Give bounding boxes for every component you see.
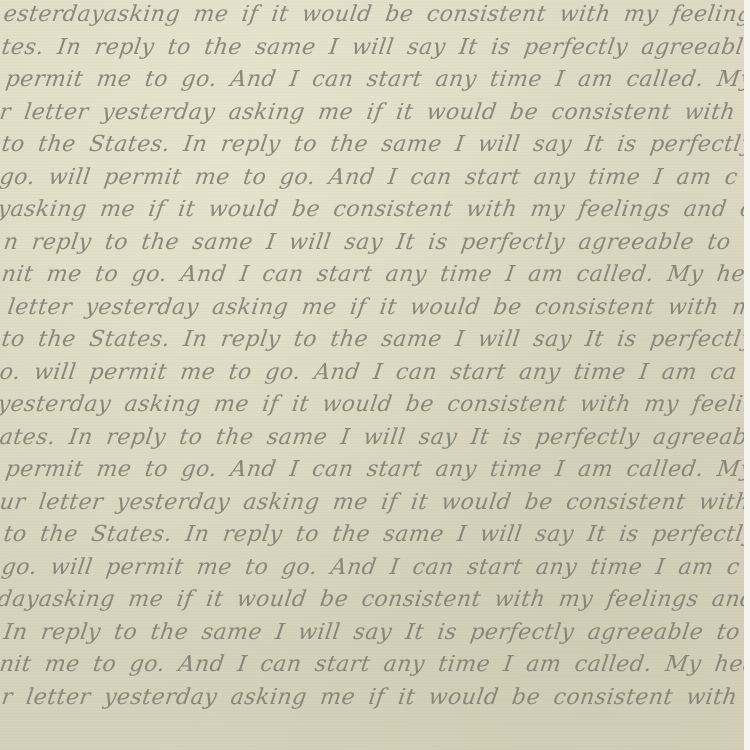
script-line: to the States. In reply to the same I wi… [2, 522, 744, 547]
script-line: to the States. In reply to the same I wi… [0, 132, 744, 157]
script-line: permit me to go. And I can start any tim… [4, 67, 744, 92]
script-line: yasking me if it would be consistent wit… [0, 197, 744, 222]
script-line: r letter yesterday asking me if it would… [0, 685, 744, 710]
script-line: nit me to go. And I can start any time I… [0, 262, 744, 287]
script-line: dayasking me if it would be consistent w… [0, 587, 744, 612]
script-line: to the States. In reply to the same I wi… [0, 327, 744, 352]
script-line: go. will permit me to go. And I can star… [0, 165, 740, 190]
script-line: yesterday asking me if it would be consi… [0, 392, 744, 417]
script-line: In reply to the same I will say It is pe… [2, 620, 744, 645]
right-edge-strip [744, 0, 750, 750]
handwriting-texture: esterdayasking me if it would be consist… [0, 0, 744, 750]
script-line: permit me to go. And I can start any tim… [4, 457, 744, 482]
script-line: ur letter yesterday asking me if it woul… [0, 490, 744, 515]
script-line: go. will permit me to go. And I can star… [0, 555, 742, 580]
script-line: nit me to go. And I can start any time I… [0, 652, 744, 677]
script-line: n reply to the same I will say It is per… [2, 230, 744, 255]
script-line: r letter yesterday asking me if it would… [0, 100, 744, 125]
script-line: esterdayasking me if it would be consist… [2, 2, 744, 27]
script-line: letter yesterday asking me if it would b… [6, 295, 744, 320]
script-line: ates. In reply to the same I will say It… [0, 425, 744, 450]
script-line: tes. In reply to the same I will say It … [0, 35, 744, 60]
script-line: o. will permit me to go. And I can start… [0, 360, 739, 385]
